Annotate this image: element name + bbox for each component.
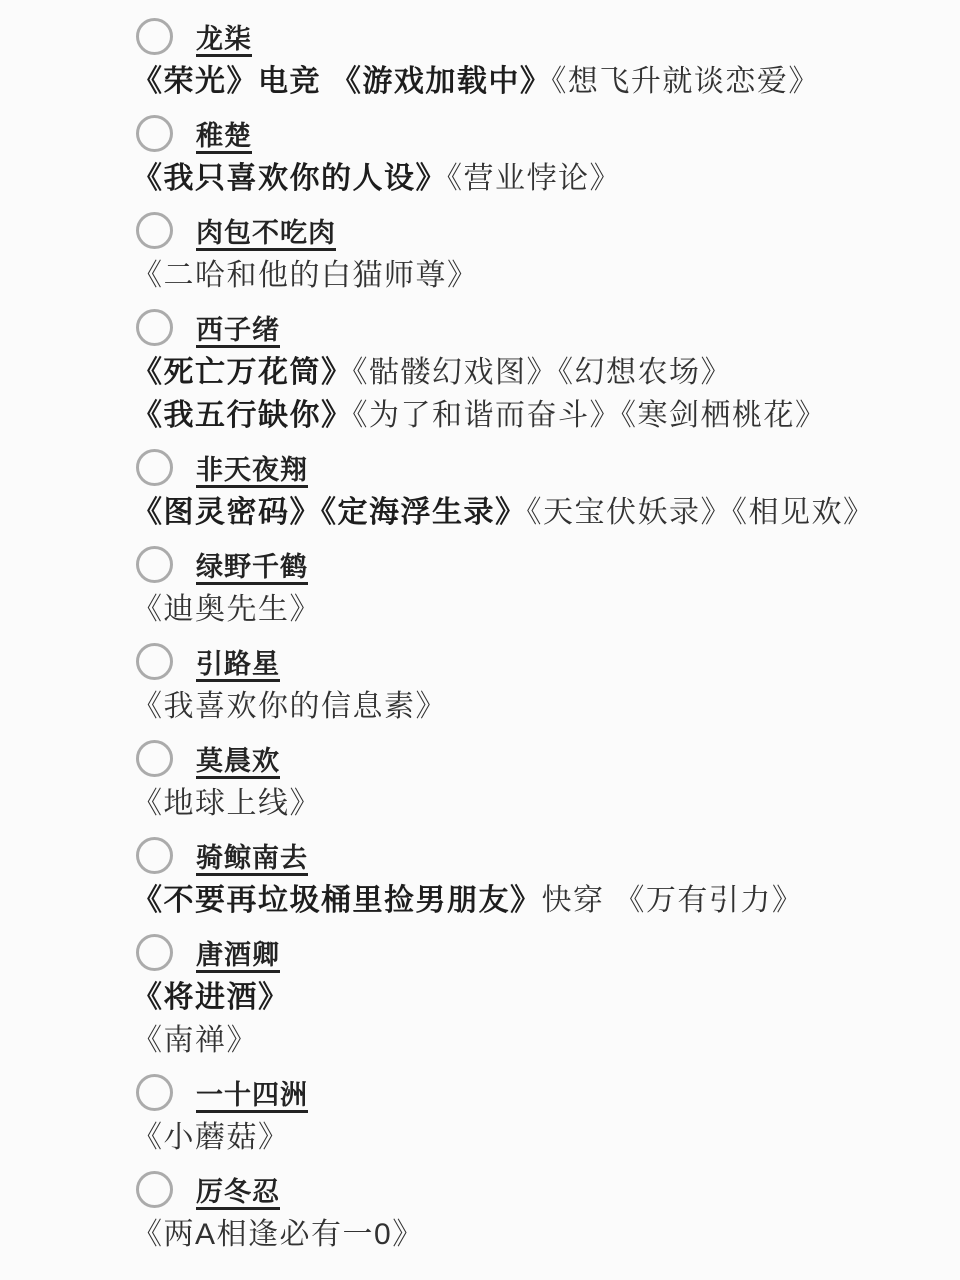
checklist-entry: 龙柒 《荣光》电竞 《游戏加载中》《想飞升就谈恋爱》 [132, 14, 890, 103]
book-title-line: 《迪奥先生》 [132, 588, 890, 631]
entry-header: 厉冬忍 [132, 1167, 890, 1211]
checklist-entry: 稚楚 《我只喜欢你的人设》《营业悖论》 [132, 111, 890, 200]
checklist-entry: 肉包不吃肉 《二哈和他的白猫师尊》 [132, 208, 890, 297]
author-name-link[interactable]: 一十四洲 [196, 1073, 308, 1112]
book-title-segment: 《二哈和他的白猫师尊》 [132, 259, 479, 292]
author-name-link[interactable]: 肉包不吃肉 [196, 211, 336, 250]
book-title-segment: 《两A相逢必有一0》 [132, 1218, 424, 1251]
circle-checkbox-icon[interactable] [136, 1171, 173, 1208]
book-title-line: 《我五行缺你》《为了和谐而奋斗》《寒剑栖桃花》 [132, 394, 890, 437]
circle-checkbox-icon[interactable] [136, 837, 173, 874]
author-name-link[interactable]: 骑鲸南去 [196, 836, 308, 875]
circle-checkbox-icon[interactable] [136, 643, 173, 680]
circle-checkbox-icon[interactable] [136, 1074, 173, 1111]
book-title-segment: 《骷髅幻戏图》《幻想农场》 [353, 356, 733, 389]
book-title-segment: 《营业悖论》 [447, 162, 621, 195]
entry-header: 莫晨欢 [132, 736, 890, 780]
author-name-link[interactable]: 莫晨欢 [196, 739, 280, 778]
checklist-entry: 骑鲸南去 《不要再垃圾桶里捡男朋友》快穿 《万有引力》 [132, 833, 890, 922]
circle-checkbox-icon[interactable] [136, 18, 173, 55]
circle-checkbox-icon[interactable] [136, 115, 173, 152]
book-title-segment: 《我五行缺你》 [132, 399, 353, 432]
circle-checkbox-icon[interactable] [136, 212, 173, 249]
book-title-segment: 《迪奥先生》 [132, 593, 321, 626]
book-title-segment: 快穿 《万有引力》 [542, 884, 804, 917]
author-book-checklist: 龙柒 《荣光》电竞 《游戏加载中》《想飞升就谈恋爱》 稚楚 《我只喜欢你的人设》… [0, 0, 960, 1274]
book-title-line: 《南禅》 [132, 1019, 890, 1062]
entry-header: 绿野千鹤 [132, 542, 890, 586]
book-title-line: 《二哈和他的白猫师尊》 [132, 254, 890, 297]
book-title-segment: 《想飞升就谈恋爱》 [551, 65, 820, 98]
circle-checkbox-icon[interactable] [136, 934, 173, 971]
checklist-entry: 非天夜翔 《图灵密码》《定海浮生录》《天宝伏妖录》《相见欢》 [132, 445, 890, 534]
author-name-link[interactable]: 稚楚 [196, 114, 252, 153]
author-name-link[interactable]: 引路星 [196, 642, 280, 681]
author-name-link[interactable]: 绿野千鹤 [196, 545, 308, 584]
author-name-link[interactable]: 西子绪 [196, 308, 280, 347]
checklist-entry: 莫晨欢 《地球上线》 [132, 736, 890, 825]
checklist-entry: 绿野千鹤 《迪奥先生》 [132, 542, 890, 631]
book-title-line: 《将进酒》 [132, 976, 890, 1019]
entry-header: 非天夜翔 [132, 445, 890, 489]
book-title-segment: 《地球上线》 [132, 787, 321, 820]
book-title-segment: 《南禅》 [132, 1024, 258, 1057]
book-title-segment: 《我只喜欢你的人设》 [132, 162, 447, 195]
entry-header: 唐酒卿 [132, 930, 890, 974]
entry-header: 龙柒 [132, 14, 890, 58]
checklist-entry: 西子绪 《死亡万花筒》《骷髅幻戏图》《幻想农场》《我五行缺你》《为了和谐而奋斗》… [132, 305, 890, 437]
book-title-segment: 《天宝伏妖录》《相见欢》 [527, 496, 875, 529]
author-name-link[interactable]: 龙柒 [196, 17, 252, 56]
checklist-entry: 唐酒卿 《将进酒》《南禅》 [132, 930, 890, 1062]
book-title-segment: 《小蘑菇》 [132, 1121, 290, 1154]
book-title-segment: 《不要再垃圾桶里捡男朋友》 [132, 884, 542, 917]
book-title-segment: 《将进酒》 [132, 981, 290, 1014]
circle-checkbox-icon[interactable] [136, 546, 173, 583]
circle-checkbox-icon[interactable] [136, 740, 173, 777]
book-title-line: 《地球上线》 [132, 782, 890, 825]
entry-header: 肉包不吃肉 [132, 208, 890, 252]
checklist-entry: 一十四洲 《小蘑菇》 [132, 1070, 890, 1159]
book-title-line: 《小蘑菇》 [132, 1116, 890, 1159]
book-title-segment: 《为了和谐而奋斗》《寒剑栖桃花》 [353, 399, 827, 432]
entry-header: 稚楚 [132, 111, 890, 155]
author-name-link[interactable]: 厉冬忍 [196, 1170, 280, 1209]
entry-header: 一十四洲 [132, 1070, 890, 1114]
book-title-line: 《我喜欢你的信息素》 [132, 685, 890, 728]
book-title-line: 《荣光》电竞 《游戏加载中》《想飞升就谈恋爱》 [132, 60, 890, 103]
circle-checkbox-icon[interactable] [136, 309, 173, 346]
book-title-line: 《死亡万花筒》《骷髅幻戏图》《幻想农场》 [132, 351, 890, 394]
book-title-segment: 《荣光》电竞 《游戏加载中》 [132, 65, 551, 98]
author-name-link[interactable]: 非天夜翔 [196, 448, 308, 487]
book-title-segment: 《图灵密码》《定海浮生录》 [132, 496, 527, 529]
book-title-line: 《不要再垃圾桶里捡男朋友》快穿 《万有引力》 [132, 879, 890, 922]
book-title-segment: 《死亡万花筒》 [132, 356, 353, 389]
checklist-entry: 引路星 《我喜欢你的信息素》 [132, 639, 890, 728]
book-title-line: 《两A相逢必有一0》 [132, 1213, 890, 1256]
book-title-line: 《图灵密码》《定海浮生录》《天宝伏妖录》《相见欢》 [132, 491, 890, 534]
checklist-entry: 厉冬忍 《两A相逢必有一0》 [132, 1167, 890, 1256]
entry-header: 引路星 [132, 639, 890, 683]
entry-header: 西子绪 [132, 305, 890, 349]
book-title-line: 《我只喜欢你的人设》《营业悖论》 [132, 157, 890, 200]
book-title-segment: 《我喜欢你的信息素》 [132, 690, 447, 723]
author-name-link[interactable]: 唐酒卿 [196, 933, 280, 972]
circle-checkbox-icon[interactable] [136, 449, 173, 486]
entry-header: 骑鲸南去 [132, 833, 890, 877]
